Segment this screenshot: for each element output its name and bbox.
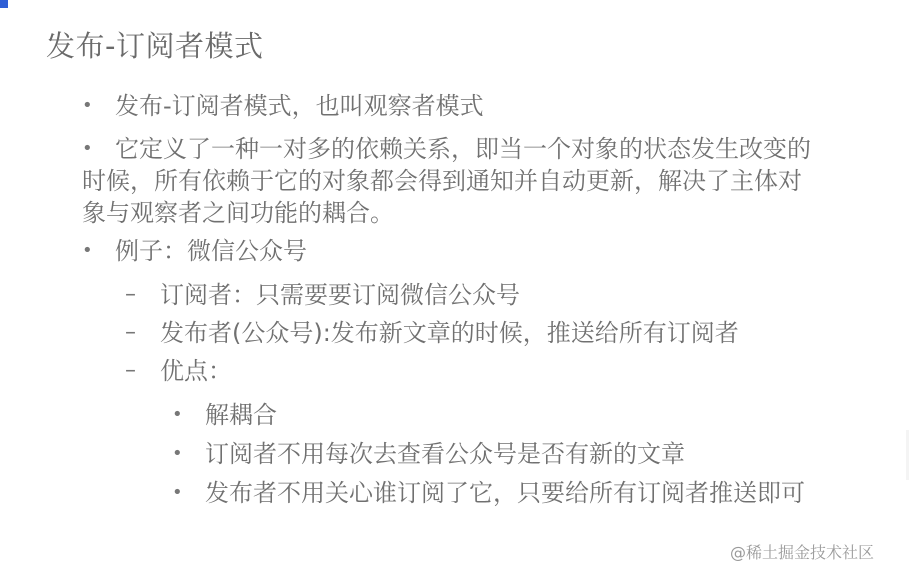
accent-corner [0,0,8,8]
bullet-icon: • [172,400,183,430]
bullet-text: 它定义了一种一对多的依赖关系，即当一个对象的状态发生改变的 [115,134,811,164]
bullet-icon: • [82,91,93,121]
bullet-icon: • [82,134,93,164]
bullet-text-cont: 象与观察者之间功能的耦合。 [82,198,394,228]
sub-sub-bullet-text: 订阅者不用每次去查看公众号是否有新的文章 [205,439,685,469]
bullet-icon: • [82,236,93,266]
dash-icon: – [125,280,136,310]
sub-bullet-text: 订阅者：只需要要订阅微信公众号 [160,280,520,310]
sub-sub-bullet-text: 解耦合 [205,400,277,430]
bullet-text: 发布-订阅者模式，也叫观察者模式 [115,91,484,121]
bullet-text-cont: 时候，所有依赖于它的对象都会得到通知并自动更新，解决了主体对 [82,166,802,196]
sub-bullet-text: 优点： [160,356,232,386]
bullet-text: 例子：微信公众号 [115,236,307,266]
dash-icon: – [125,318,136,348]
slide-title: 发布-订阅者模式 [46,24,263,65]
bullet-icon: • [172,439,183,469]
sub-bullet-text: 发布者(公众号):发布新文章的时候，推送给所有订阅者 [160,318,739,348]
dash-icon: – [125,356,136,386]
sub-sub-bullet-text: 发布者不用关心谁订阅了它，只要给所有订阅者推送即可 [205,478,805,508]
bullet-icon: • [172,478,183,508]
watermark: @稀土掘金技术社区 [730,540,874,563]
